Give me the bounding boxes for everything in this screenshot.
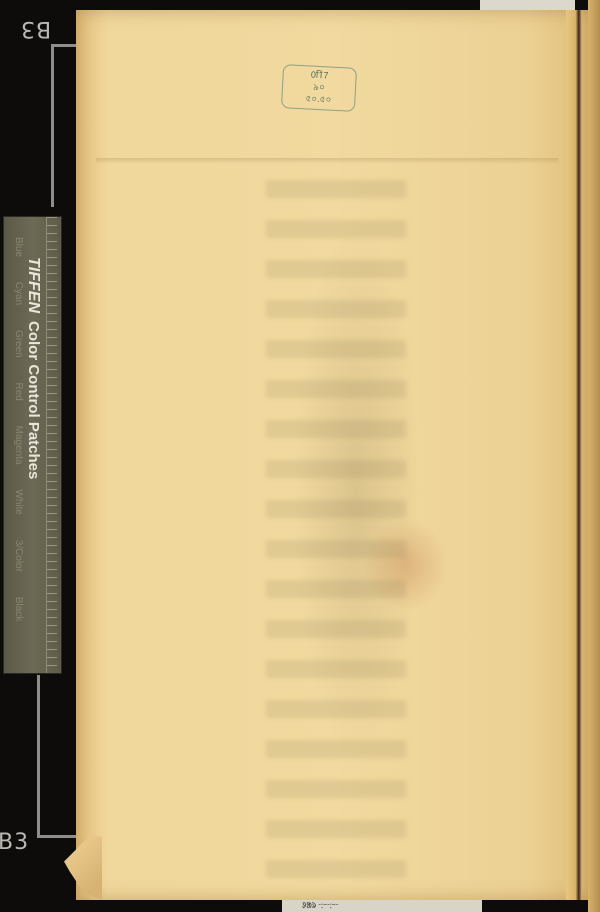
ruler-scale bbox=[46, 217, 57, 673]
patch-green: Green bbox=[13, 330, 24, 358]
scanned-page: 01ि7 ৯০ ৫০.৫০ bbox=[76, 10, 588, 900]
right-page-edge bbox=[588, 0, 600, 912]
frame-label-top: B3 bbox=[20, 16, 51, 41]
stamp-line-3: ৫০.৫০ bbox=[282, 91, 355, 107]
patch-labels: Blue Cyan Green Red Magenta White 3/Colo… bbox=[13, 237, 24, 643]
patch-red: Red bbox=[13, 383, 24, 401]
tiffen-logo: TIFFEN bbox=[25, 257, 42, 313]
frame-label-bottom: B3 bbox=[0, 830, 29, 855]
strip-title-text: Color Control Patches bbox=[25, 321, 42, 479]
library-stamp: 01ि7 ৯০ ৫০.৫০ bbox=[281, 64, 357, 112]
bleed-through-text bbox=[266, 180, 406, 880]
strip-title: TIFFENColor Control Patches bbox=[24, 257, 42, 479]
color-control-strip: Blue Cyan Green Red Magenta White 3/Colo… bbox=[3, 216, 62, 674]
page-fold-line bbox=[96, 158, 558, 164]
page-spine-edge bbox=[566, 10, 582, 900]
patch-magenta: Magenta bbox=[13, 426, 24, 465]
torn-corner bbox=[62, 830, 102, 900]
mount-bracket-bottom bbox=[37, 675, 80, 838]
patch-blue: Blue bbox=[13, 237, 24, 257]
patch-white: White bbox=[13, 489, 24, 515]
bottom-edge-tag: ᱽᱟᱨ ᱼᱺᱻᱼᱺᱻᱼ bbox=[282, 900, 482, 912]
patch-cyan: Cyan bbox=[13, 282, 24, 305]
patch-black: Black bbox=[13, 597, 24, 621]
patch-3color: 3/Color bbox=[13, 540, 24, 572]
